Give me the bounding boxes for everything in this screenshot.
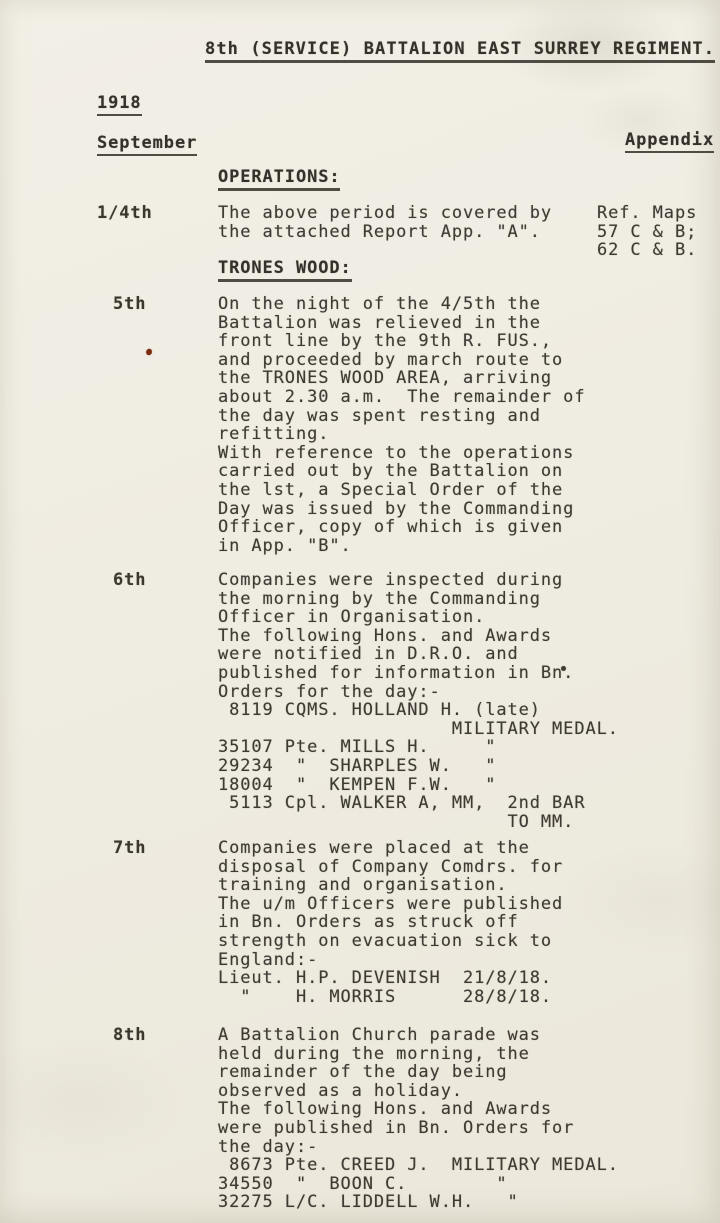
page-title: 8th (SERVICE) BATTALION EAST SURREY REGI…	[205, 40, 715, 63]
ref-maps-note: Ref. Maps 57 C & B; 62 C & B.	[597, 204, 697, 260]
month-heading: September	[97, 134, 197, 156]
trones-wood-heading: TRONES WOOD:	[218, 259, 352, 282]
entry-date-7th: 7th	[113, 839, 146, 858]
operations-heading: OPERATIONS:	[218, 168, 340, 191]
entry-date-6th: 6th	[113, 571, 146, 590]
black-ink-speck	[561, 666, 566, 671]
appendix-label: Appendix	[625, 131, 714, 153]
entry-body-1-4th: The above period is covered by the attac…	[218, 204, 552, 241]
entry-body-7th: Companies were placed at the disposal of…	[218, 839, 563, 1006]
entry-date-5th: 5th	[113, 295, 146, 314]
year-heading: 1918	[97, 94, 142, 116]
entry-date-8th: 8th	[113, 1026, 146, 1045]
entry-body-5th: On the night of the 4/5th the Battalion …	[218, 295, 585, 555]
entry-body-8th: A Battalion Church parade was held durin…	[218, 1026, 619, 1212]
war-diary-page: 8th (SERVICE) BATTALION EAST SURREY REGI…	[0, 0, 720, 1223]
entry-body-6th: Companies were inspected during the morn…	[218, 571, 619, 831]
entry-date-1-4th: 1/4th	[97, 204, 153, 223]
red-ink-speck	[145, 348, 153, 356]
